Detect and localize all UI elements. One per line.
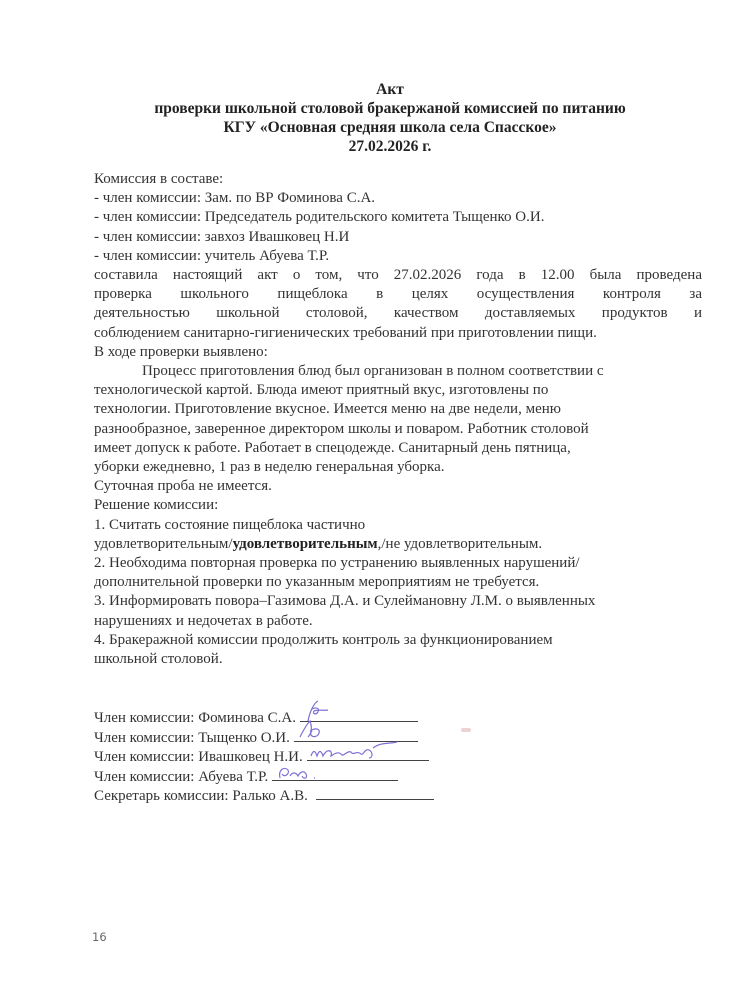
findings-line: имеет допуск к работе. Работает в спецод… (94, 439, 702, 458)
decision-item-1: 1. Считать состояние пищеблока частично (94, 516, 702, 535)
findings-heading: В ходе проверки выявлено: (94, 343, 702, 362)
signature-row: Секретарь комиссии: Ралько А.В. (94, 785, 494, 805)
document-page: Акт проверки школьной столовой бракержан… (0, 0, 732, 1008)
decision-item-2: 2. Необходима повторная проверка по устр… (94, 554, 702, 573)
commission-member: - член комиссии: Председатель родительск… (94, 208, 702, 227)
findings-line: технологической картой. Блюда имеют прия… (94, 381, 702, 400)
decision-item-4-cont: школьной столовой. (94, 650, 702, 669)
findings-paragraph: Процесс приготовления блюд был организов… (94, 362, 702, 477)
option-unsatisfactory: ,/не удовлетворительным. (378, 536, 543, 552)
intro-line: составила настоящий акт о том, что 27.02… (94, 266, 702, 285)
document-title: Акт проверки школьной столовой бракержан… (90, 80, 690, 156)
title-subject: проверки школьной столовой бракержаной к… (90, 99, 690, 118)
decision-heading: Решение комиссии: (94, 496, 702, 515)
signature-label: Член комиссии: Тыщенко О.И. (94, 730, 290, 746)
option-partially-satisfactory: удовлетворительным/ (94, 536, 233, 552)
commission-heading: Комиссия в составе: (94, 170, 702, 189)
decision-item-1-options: удовлетворительным/удовлетворительным,/н… (94, 535, 702, 554)
intro-line: проверка школьного пищеблока в целях осу… (94, 285, 702, 304)
findings-line: Процесс приготовления блюд был организов… (94, 362, 702, 381)
findings-line: уборки ежедневно, 1 раз в неделю генерал… (94, 458, 702, 477)
signature-label: Член комиссии: Фоминова С.А. (94, 710, 296, 726)
ink-mark (461, 728, 471, 732)
signature-block: Член комиссии: Фоминова С.А. Член комисс… (94, 707, 494, 805)
commission-member: - член комиссии: завхоз Ивашковец Н.И (94, 228, 702, 247)
signature-label: Член комиссии: Абуева Т.Р. (94, 769, 268, 785)
title-organization: КГУ «Основная средняя школа села Спасско… (90, 118, 690, 137)
signature-label: Секретарь комиссии: Ралько А.В. (94, 788, 308, 804)
intro-paragraph: составила настоящий акт о том, что 27.02… (94, 266, 702, 343)
signature-row: Член комиссии: Абуева Т.Р. (94, 766, 494, 786)
intro-line: соблюдением санитарно-гигиенических треб… (94, 324, 702, 343)
commission-member-list: - член комиссии: Зам. по ВР Фоминова С.А… (94, 189, 702, 266)
commission-member: - член комиссии: учитель Абуева Т.Р. (94, 247, 702, 266)
document-body: Комиссия в составе: - член комиссии: Зам… (94, 170, 702, 669)
signature-line-empty (316, 785, 434, 800)
handwritten-signature-icon (307, 736, 407, 762)
page-number: 16 (92, 930, 107, 944)
signature-line (272, 766, 398, 781)
commission-member: - член комиссии: Зам. по ВР Фоминова С.А… (94, 189, 702, 208)
decision-item-4: 4. Бракеражной комиссии продолжить контр… (94, 631, 702, 650)
daily-sample-note: Суточная проба не имеется. (94, 477, 702, 496)
title-date: 27.02.2026 г. (90, 137, 690, 156)
option-satisfactory-selected: удовлетворительным (233, 536, 378, 552)
intro-line: деятельностью школьной столовой, качеств… (94, 304, 702, 323)
decision-section: Решение комиссии: 1. Считать состояние п… (94, 496, 702, 669)
decision-item-3-cont: нарушениях и недочетах в работе. (94, 612, 702, 631)
decision-item-3: 3. Информировать повора–Газимова Д.А. и … (94, 592, 702, 611)
handwritten-signature-icon (274, 760, 334, 786)
signature-row: Член комиссии: Фоминова С.А. (94, 707, 494, 727)
title-act: Акт (90, 80, 690, 99)
signature-row: Член комиссии: Тыщенко О.И. (94, 727, 494, 747)
findings-line: технологии. Приготовление вкусное. Имеет… (94, 400, 702, 419)
decision-item-2-cont: дополнительной проверки по указанным мер… (94, 573, 702, 592)
findings-line: разнообразное, заверенное директором шко… (94, 420, 702, 439)
signature-label: Член комиссии: Ивашковец Н.И. (94, 749, 303, 765)
